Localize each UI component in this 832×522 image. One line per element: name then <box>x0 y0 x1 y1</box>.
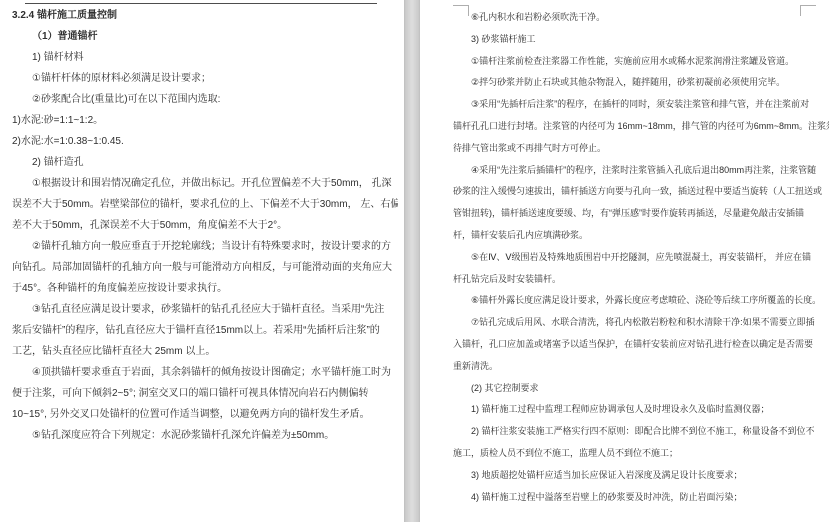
text-line: 入锚杆，孔口应加盖或堵塞予以适当保护，在锚杆安装前应对钻孔进行检查以确定是否需要 <box>453 334 829 356</box>
text-line: 2)水泥:水=1:0.38~1:0.45. <box>12 131 398 152</box>
text-line: ②拌匀砂浆并防止石块或其他杂物混入，随拌随用，砂浆初凝前必须使用完毕。 <box>453 72 829 94</box>
text-line: ②砂浆配合比(重量比)可在以下范围内选取: <box>12 89 398 110</box>
text-line: 浆后安锚杆”的程序，钻孔直径应大于锚杆直径15mm以上。若采用“先插杆后注浆”的 <box>12 320 398 341</box>
text-line: 向钻孔。局部加固锚杆的孔轴方向一般与可能滑动方向相反，与可能滑动面的夹角应大 <box>12 257 398 278</box>
text-line: 重新清洗。 <box>453 356 829 378</box>
text-line: 于45°。各种锚杆的角度偏差应按设计要求执行。 <box>12 278 398 299</box>
text-line: ①锚杆杆体的原材料必须满足设计要求； <box>12 68 398 89</box>
text-line: ⑤钻孔深度应符合下列规定：水泥砂浆锚杆孔深允许偏差为±50mm。 <box>12 425 398 446</box>
text-line: 3) 砂浆锚杆施工 <box>453 29 829 51</box>
text-line: ⑥锚杆外露长度应满足设计要求，外露长度应考虑喷砼、浇砼等后续工序所覆盖的长度。 <box>453 290 829 312</box>
text-line: 锚杆孔孔口进行封堵。注浆管的内径可为 16mm~18mm，排气管的内径可为6mm… <box>453 116 829 138</box>
text-line: ④顶拱锚杆要求垂直于岩面，其余斜锚杆的倾角按设计图确定；水平锚杆施工时为 <box>12 362 398 383</box>
text-line: 1) 锚杆材料 <box>12 47 398 68</box>
text-line: ⑦钻孔完成后用风、水联合清洗，将孔内松散岩粉粒和积水清除干净:如果不需要立即插 <box>453 312 829 334</box>
text-line: ④采用“先注浆后插锚杆”的程序，注浆时注浆管插入孔底后退出80mm再注浆，注浆管… <box>453 160 829 182</box>
page-right-text-area[interactable]: ⑥孔内积水和岩粉必须吹洗干净。3) 砂浆锚杆施工①锚杆注浆前检查注浆器工作性能，… <box>453 7 829 508</box>
text-line: 误差不大于50mm。岩壁梁部位的锚杆，要求孔位的上、下偏差不大于30mm， 左、… <box>12 194 398 215</box>
text-line: (2) 其它控制要求 <box>453 378 829 400</box>
text-line: 工艺，钻头直径应比锚杆直径大 25mm 以上。 <box>12 341 398 362</box>
text-line: ②锚杆孔轴方向一般应垂直于开挖轮廓线；当设计有特殊要求时，按设计要求的方 <box>12 236 398 257</box>
page-left-text-area[interactable]: 3.2.4 锚杆施工质量控制（1）普通锚杆1) 锚杆材料①锚杆杆体的原材料必须满… <box>12 5 398 446</box>
text-line: ①根据设计和围岩情况确定孔位，并做出标记。开孔位置偏差不大于50mm， 孔深 <box>12 173 398 194</box>
header-separator-line <box>25 3 377 4</box>
text-line: ③钻孔直径应满足设计要求，砂浆锚杆的钻孔孔径应大于锚杆直径。当采用“先注 <box>12 299 398 320</box>
text-line: 杆孔钻完后及时安装锚杆。 <box>453 269 829 291</box>
page-gap <box>405 0 419 522</box>
text-line: 管钳扭转)，锚杆插送速度要缓、均，有“弹压感”时要作旋转再插送，尽量避免敲击安插… <box>453 203 829 225</box>
text-line: 差不大于50mm，孔深误差不大于50mm，角度偏差不大于2°。 <box>12 215 398 236</box>
text-line: 3.2.4 锚杆施工质量控制 <box>12 5 398 26</box>
text-line: ⑥孔内积水和岩粉必须吹洗干净。 <box>453 7 829 29</box>
text-line: 便于注浆，可向下倾斜2~5°; 洞室交叉口的端口锚杆可视具体情况向岩石内侧偏转 <box>12 383 398 404</box>
text-line: 1) 锚杆施工过程中监理工程师应协调承包人及时埋设永久及临时监测仪器； <box>453 399 829 421</box>
text-line: （1）普通锚杆 <box>12 26 398 47</box>
text-line: 1)水泥:砂=1:1~1:2。 <box>12 110 398 131</box>
text-line: 待排气管出浆或不再排气时方可停止。 <box>453 138 829 160</box>
text-line: ⑤在Ⅳ、Ⅴ级围岩及特殊地质围岩中开挖隧洞，应先喷混凝土，再安装锚杆， 并应在锚 <box>453 247 829 269</box>
document-canvas: 3.2.4 锚杆施工质量控制（1）普通锚杆1) 锚杆材料①锚杆杆体的原材料必须满… <box>0 0 832 522</box>
text-line: 10~15°, 另外交叉口处锚杆的位置可作适当调整，以避免两方向的锚杆发生矛盾。 <box>12 404 398 425</box>
text-line: 2) 锚杆造孔 <box>12 152 398 173</box>
text-line: 砂浆的注入缓慢匀速拔出，锚杆插送方向要与孔向一致，插送过程中要适当旋转（人工扭送… <box>453 181 829 203</box>
text-line: 2) 锚杆注浆安装施工严格实行四不原则：即配合比牌不到位不施工，称量设备不到位不 <box>453 421 829 443</box>
text-line: ①锚杆注浆前检查注浆器工作性能，实施前应用水或稀水泥浆润滑注浆罐及管道。 <box>453 51 829 73</box>
text-line: 3) 地质超挖处锚杆应适当加长应保证入岩深度及满足设计长度要求； <box>453 465 829 487</box>
document-page-right[interactable]: ⑥孔内积水和岩粉必须吹洗干净。3) 砂浆锚杆施工①锚杆注浆前检查注浆器工作性能，… <box>419 0 832 522</box>
document-page-left[interactable]: 3.2.4 锚杆施工质量控制（1）普通锚杆1) 锚杆材料①锚杆杆体的原材料必须满… <box>0 0 405 522</box>
text-line: ③采用“先插杆后注浆”的程序，在插杆的同时，须安装注浆管和排气管，并在注浆前对 <box>453 94 829 116</box>
text-line: 杆，锚杆安装后孔内应填满砂浆。 <box>453 225 829 247</box>
text-line: 施工，质检人员不到位不施工，监理人员不到位不施工； <box>453 443 829 465</box>
text-line: 4) 锚杆施工过程中溢落至岩壁上的砂浆要及时冲洗，防止岩面污染； <box>453 487 829 509</box>
